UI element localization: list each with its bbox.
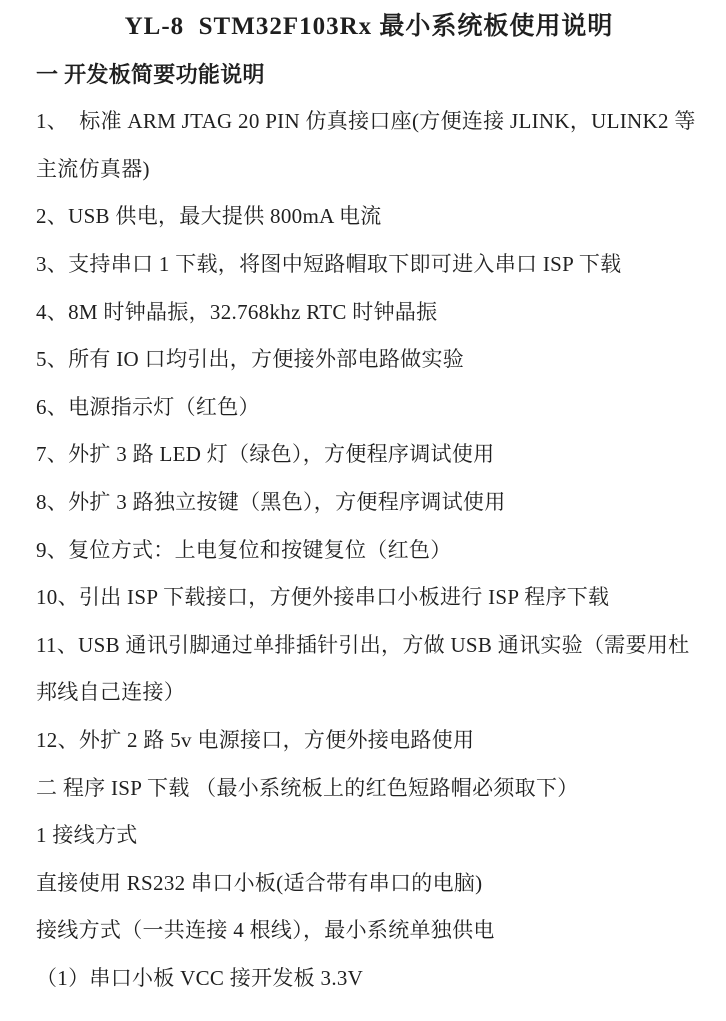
document-title: YL-8 STM32F103Rx 最小系统板使用说明 [36, 3, 702, 51]
paragraph-line: 2、USB 供电，最大提供 800mA 电流 [36, 193, 702, 241]
paragraph-line: 接线方式（一共连接 4 根线），最小系统单独供电 [36, 907, 702, 955]
paragraph-line: （1）串口小板 VCC 接开发板 3.3V [36, 955, 702, 1003]
paragraph-line: 3、支持串口 1 下载，将图中短路帽取下即可进入串口 ISP 下载 [36, 241, 702, 289]
paragraph-line: 1 接线方式 [36, 812, 702, 860]
paragraph-line: 直接使用 RS232 串口小板(适合带有串口的电脑) [36, 860, 702, 908]
section-heading: 一 开发板简要功能说明 [36, 51, 702, 99]
document-page: YL-8 STM32F103Rx 最小系统板使用说明一 开发板简要功能说明1、 … [0, 0, 726, 1021]
paragraph-line: 10、引出 ISP 下载接口，方便外接串口小板进行 ISP 程序下载 [36, 574, 702, 622]
paragraph-line: 主流仿真器) [36, 146, 702, 194]
paragraph-line: 7、外扩 3 路 LED 灯（绿色），方便程序调试使用 [36, 431, 702, 479]
paragraph-line: 8、外扩 3 路独立按键（黑色），方便程序调试使用 [36, 479, 702, 527]
paragraph-line: 二 程序 ISP 下载 （最小系统板上的红色短路帽必须取下） [36, 765, 702, 813]
document-body: YL-8 STM32F103Rx 最小系统板使用说明一 开发板简要功能说明1、 … [36, 3, 702, 1002]
paragraph-line: 4、8M 时钟晶振，32.768khz RTC 时钟晶振 [36, 289, 702, 337]
paragraph-line: 9、复位方式：上电复位和按键复位（红色） [36, 527, 702, 575]
paragraph-line: 邦线自己连接） [36, 669, 702, 717]
paragraph-line: 6、电源指示灯（红色） [36, 384, 702, 432]
paragraph-line: 1、 标准 ARM JTAG 20 PIN 仿真接口座(方便连接 JLINK，U… [36, 98, 702, 146]
paragraph-line: 12、外扩 2 路 5v 电源接口，方便外接电路使用 [36, 717, 702, 765]
paragraph-line: 11、USB 通讯引脚通过单排插针引出，方做 USB 通讯实验（需要用杜 [36, 622, 702, 670]
paragraph-line: 5、所有 IO 口均引出，方便接外部电路做实验 [36, 336, 702, 384]
